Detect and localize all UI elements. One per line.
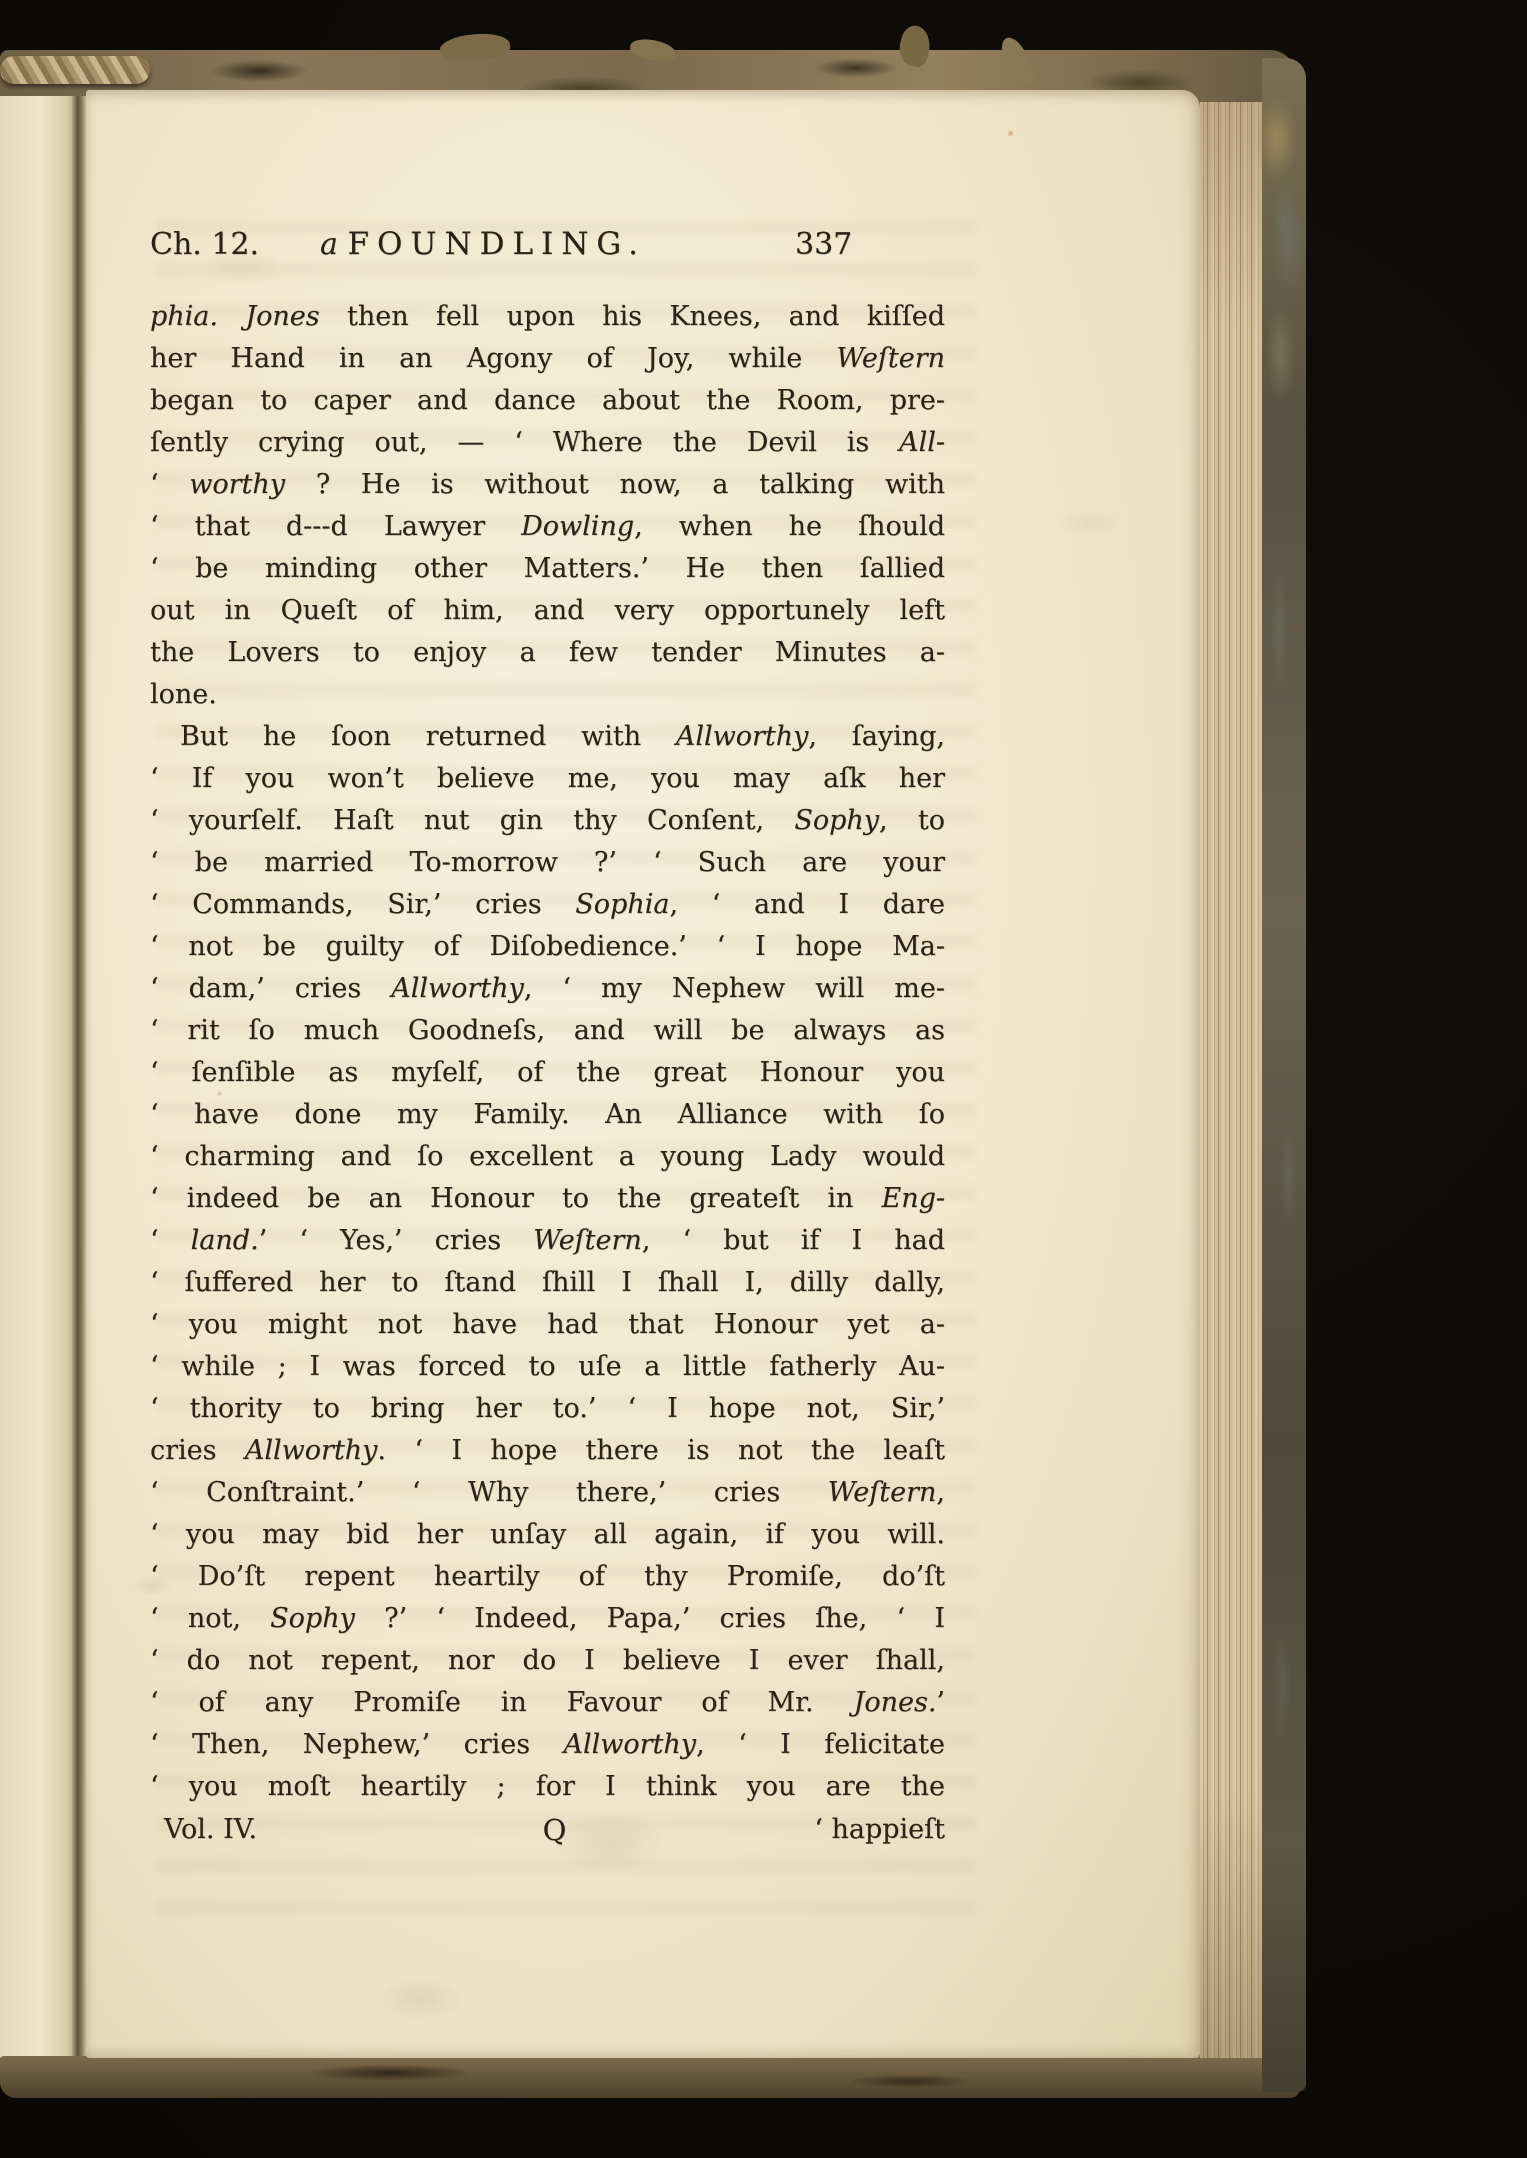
text-line: ‘ while ; I was forced to uſe a little f… [150,1346,945,1388]
binding-bottom-edge [0,2056,1300,2098]
body-text: phia. Jones then fell upon his Knees, an… [150,296,945,1808]
cover-corner-wear [1242,88,1328,428]
printed-content: Ch. 12. a FOUNDLING. 337 phia. Jones the… [150,224,945,1852]
text-line: ‘ Commands, Sir,’ cries Sophia, ‘ and I … [150,884,945,926]
page-footer: Vol. IV. Q ‘ happieſt [150,1808,945,1852]
running-title-article: a [320,227,338,262]
running-title-main: FOUNDLING. [347,226,646,262]
text-line: ‘ charming and ſo excellent a young Lady… [150,1136,945,1178]
text-line: ‘ be married To-morrow ?’ ‘ Such are you… [150,842,945,884]
text-line: ‘ rit ſo much Goodneſs, and will be alwa… [150,1010,945,1052]
text-line: ‘ worthy ? He is without now, a talking … [150,464,945,506]
text-line: ‘ ſenſible as myſelf, of the great Honou… [150,1052,945,1094]
text-line: ‘ not be guilty of Diſobedience.’ ‘ I ho… [150,926,945,968]
catchword: ‘ happieſt [685,1808,945,1852]
text-line: lone. [150,674,945,716]
text-line: her Hand in an Agony of Joy, while Weſte… [150,338,945,380]
text-line: ‘ you moſt heartily ; for I think you ar… [150,1766,945,1808]
book-page: Ch. 12. a FOUNDLING. 337 phia. Jones the… [86,90,1200,2058]
signature-mark: Q [424,1808,684,1852]
fore-edge-page-stack [1200,102,1264,2058]
chapter-heading: Ch. 12. [150,225,320,265]
text-line: ‘ Then, Nephew,’ cries Allworthy, ‘ I fe… [150,1724,945,1766]
book-photo: Ch. 12. a FOUNDLING. 337 phia. Jones the… [0,0,1527,2158]
text-line: ‘ ſuffered her to ſtand ſhill I ſhall I,… [150,1262,945,1304]
text-line: ‘ indeed be an Honour to the greateſt in… [150,1178,945,1220]
text-line: ‘ yourſelf. Haſt nut gin thy Conſent, So… [150,800,945,842]
page-number: 337 [795,225,945,265]
text-line: ‘ of any Promiſe in Favour of Mr. Jones.… [150,1682,945,1724]
volume-label: Vol. IV. [150,1808,424,1852]
facing-page-edge [0,96,72,2058]
text-line: cries Allworthy. ‘ I hope there is not t… [150,1430,945,1472]
text-line: ‘ have done my Family. An Alliance with … [150,1094,945,1136]
text-line: ‘ dam,’ cries Allworthy, ‘ my Nephew wil… [150,968,945,1010]
text-line: ‘ you may bid her unſay all again, if yo… [150,1514,945,1556]
running-title: a FOUNDLING. [320,224,795,265]
text-line: ‘ thority to bring her to.’ ‘ I hope not… [150,1388,945,1430]
text-line: phia. Jones then fell upon his Knees, an… [150,296,945,338]
gutter-shadow [72,96,86,2058]
text-line: ‘ be minding other Matters.’ He then ſal… [150,548,945,590]
text-line: ‘ Conſtraint.’ ‘ Why there,’ cries Weſte… [150,1472,945,1514]
text-line: But he ſoon returned with Allworthy, ſay… [150,716,945,758]
text-line: ‘ Do’ſt repent heartily of thy Promiſe, … [150,1556,945,1598]
text-line: ‘ that d---d Lawyer Dowling, when he ſho… [150,506,945,548]
headband-braid [0,56,150,84]
text-line: ‘ you might not have had that Honour yet… [150,1304,945,1346]
text-line: ‘ not, Sophy ?’ ‘ Indeed, Papa,’ cries ſ… [150,1598,945,1640]
text-line: out in Queſt of him, and very opportunel… [150,590,945,632]
text-line: the Lovers to enjoy a few tender Minutes… [150,632,945,674]
text-line: ‘ If you won’t believe me, you may aſk h… [150,758,945,800]
text-line: ſently crying out, — ‘ Where the Devil i… [150,422,945,464]
running-head: Ch. 12. a FOUNDLING. 337 [150,224,945,265]
text-line: ‘ land.’ ‘ Yes,’ cries Weſtern, ‘ but if… [150,1220,945,1262]
text-line: ‘ do not repent, nor do I believe I ever… [150,1640,945,1682]
text-line: began to caper and dance about the Room,… [150,380,945,422]
